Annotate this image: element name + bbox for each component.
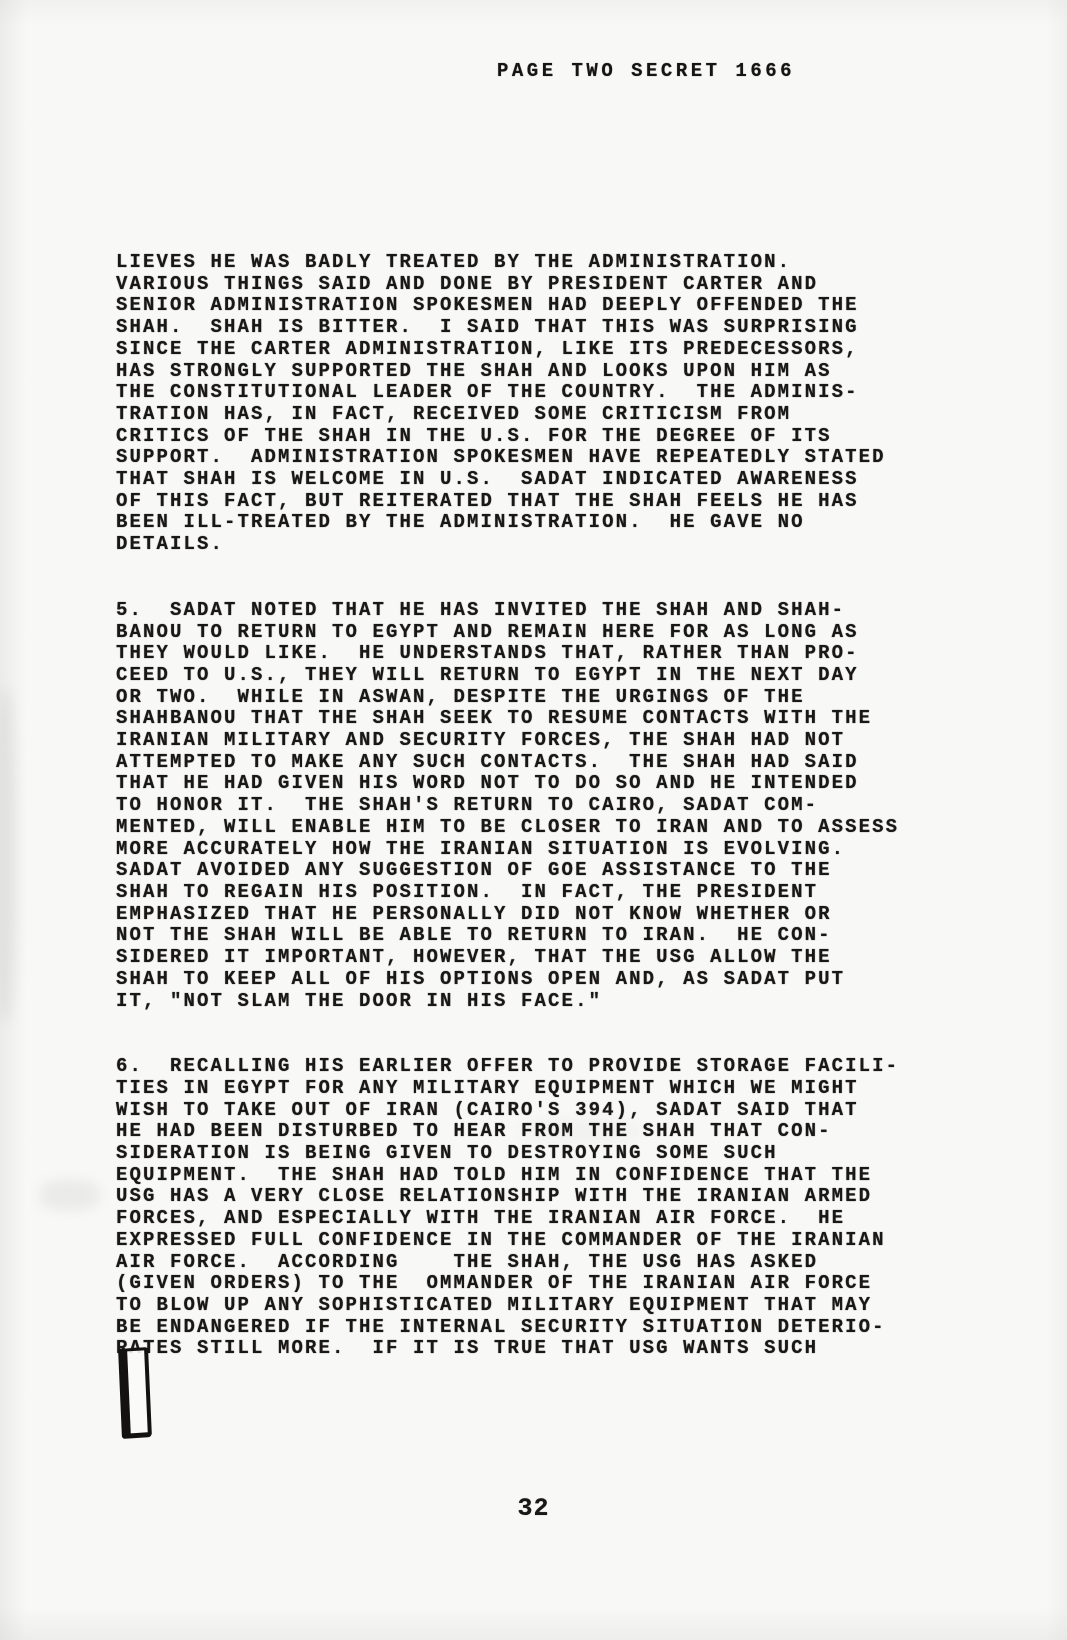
scan-smudge <box>40 1180 100 1210</box>
ink-smudge-artifact <box>118 1347 152 1439</box>
paragraph-5: 5. SADAT NOTED THAT HE HAS INVITED THE S… <box>116 600 946 1012</box>
scan-smudge <box>0 690 16 1020</box>
document-body: LIEVES HE WAS BADLY TREATED BY THE ADMIN… <box>116 252 946 1404</box>
paragraph-continuation: LIEVES HE WAS BADLY TREATED BY THE ADMIN… <box>116 252 946 556</box>
page-number: 32 <box>0 1494 1067 1523</box>
classification-header: PAGE TWO SECRET 1666 <box>497 60 795 82</box>
paragraph-6: 6. RECALLING HIS EARLIER OFFER TO PROVID… <box>116 1056 946 1360</box>
